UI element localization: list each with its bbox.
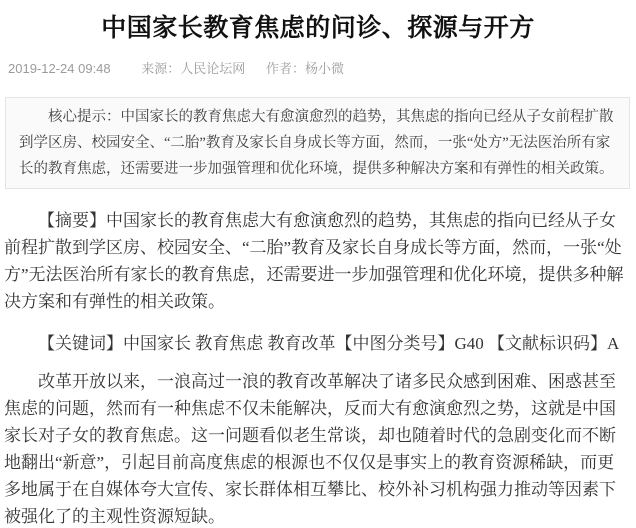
article-title: 中国家长教育焦虑的问诊、探源与开方 (8, 12, 628, 46)
article-page: 中国家长教育焦虑的问诊、探源与开方 2019-12-24 09:48 来源：人民… (0, 0, 636, 528)
publish-datetime: 2019-12-24 09:48 (8, 61, 111, 76)
article-meta: 2019-12-24 09:48 来源：人民论坛网 作者：杨小微 (0, 58, 636, 77)
author-name: 杨小微 (305, 61, 344, 76)
body-paragraph: 改革开放以来，一浪高过一浪的教育改革解决了诸多民众感到困难、困惑甚至焦虑的问题，… (4, 368, 630, 528)
core-tip-paragraph: 核心提示：中国家长的教育焦虑大有愈演愈烈的趋势，其焦虑的指向已经从子女前程扩散到… (19, 104, 616, 182)
source-name: 人民论坛网 (180, 61, 245, 76)
source-group: 来源：人民论坛网 (141, 61, 245, 76)
abstract-paragraph: 【摘要】中国家长的教育焦虑大有愈演愈烈的趋势，其焦虑的指向已经从子女前程扩散到学… (4, 207, 630, 315)
keywords-paragraph: 【关键词】中国家长 教育焦虑 教育改革【中图分类号】G40 【文献标识码】A (4, 330, 630, 357)
source-label: 来源： (141, 61, 180, 76)
core-tip-box: 核心提示：中国家长的教育焦虑大有愈演愈烈的趋势，其焦虑的指向已经从子女前程扩散到… (5, 97, 630, 189)
author-label: 作者： (266, 61, 305, 76)
core-tip-label: 核心提示： (48, 109, 121, 125)
author-group: 作者：杨小微 (266, 61, 344, 76)
